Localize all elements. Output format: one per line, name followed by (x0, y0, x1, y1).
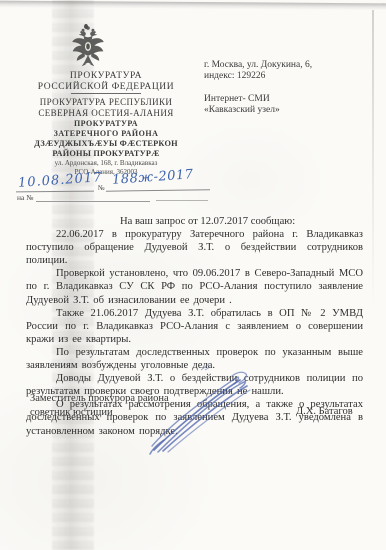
org-district-line2: ЗАТЕРЕЧНОГО РАЙОНА (18, 129, 194, 139)
body-paragraph: Также 21.06.2017 Дудуева З.Т. обратилась… (26, 307, 363, 346)
org-federation-line1: ПРОКУРАТУРА (18, 71, 194, 82)
sender-address-line1: ул. Ардонская, 168, г. Владикавказ (18, 159, 194, 168)
recipient-name-line1: Интернет- СМИ (204, 94, 374, 105)
body-paragraph: 22.06.2017 в прокуратуру Затеречного рай… (26, 228, 363, 267)
number-underline (106, 189, 210, 191)
double-headed-eagle-emblem (70, 24, 106, 68)
org-republic-title: ПРОКУРАТУРА РЕСПУБЛИКИ СЕВЕРНАЯ ОСЕТИЯ-А… (18, 97, 194, 118)
recipient-address-line1: г. Москва, ул. Докукина, 6, (204, 60, 374, 71)
org-federation-title: ПРОКУРАТУРА РОССИЙСКОЙ ФЕДЕРАЦИИ (18, 71, 194, 92)
org-federation-line2: РОССИЙСКОЙ ФЕДЕРАЦИИ (18, 82, 194, 93)
recipient-name-line2: «Кавказский узел» (204, 105, 374, 116)
handwritten-signature (140, 368, 260, 458)
scanned-letter-page: ПРОКУРАТУРА РОССИЙСКОЙ ФЕДЕРАЦИИ ПРОКУРА… (0, 0, 386, 550)
recipient-address-line2: индекс: 129226 (204, 71, 374, 82)
org-ossetian-title: ДЗÆУДЖЫХЪÆУЫ ФÆСТЕРКОН РАЙОНЫ ПРОКУРАТУР… (18, 139, 194, 158)
body-paragraph: Проверкой установлено, что 09.06.2017 в … (26, 267, 363, 306)
reference-underline (36, 201, 150, 202)
org-republic-line1: ПРОКУРАТУРА РЕСПУБЛИКИ (18, 97, 194, 108)
recipient-block: г. Москва, ул. Докукина, 6, индекс: 1292… (204, 60, 374, 116)
org-district-line1: ПРОКУРАТУРА (18, 119, 194, 129)
reference-underline-2 (156, 200, 208, 201)
letterhead-divider (71, 93, 141, 94)
signer-name: Д.Х. Батагов (296, 406, 353, 417)
number-sign-label: № (98, 184, 105, 192)
org-ossetian-line1: ДЗÆУДЖЫХЪÆУЫ ФÆСТЕРКОН (18, 139, 194, 149)
body-intro-line: На ваш запрос от 12.07.2017 сообщаю: (26, 215, 363, 228)
scan-right-paper-edge (372, 10, 374, 310)
org-ossetian-line2: РАЙОНЫ ПРОКУРАТУРÆ (18, 149, 194, 159)
org-district-title: ПРОКУРАТУРА ЗАТЕРЕЧНОГО РАЙОНА (18, 119, 194, 138)
org-republic-line2: СЕВЕРНАЯ ОСЕТИЯ-АЛАНИЯ (18, 108, 194, 119)
reference-number-label: на № (17, 193, 33, 202)
